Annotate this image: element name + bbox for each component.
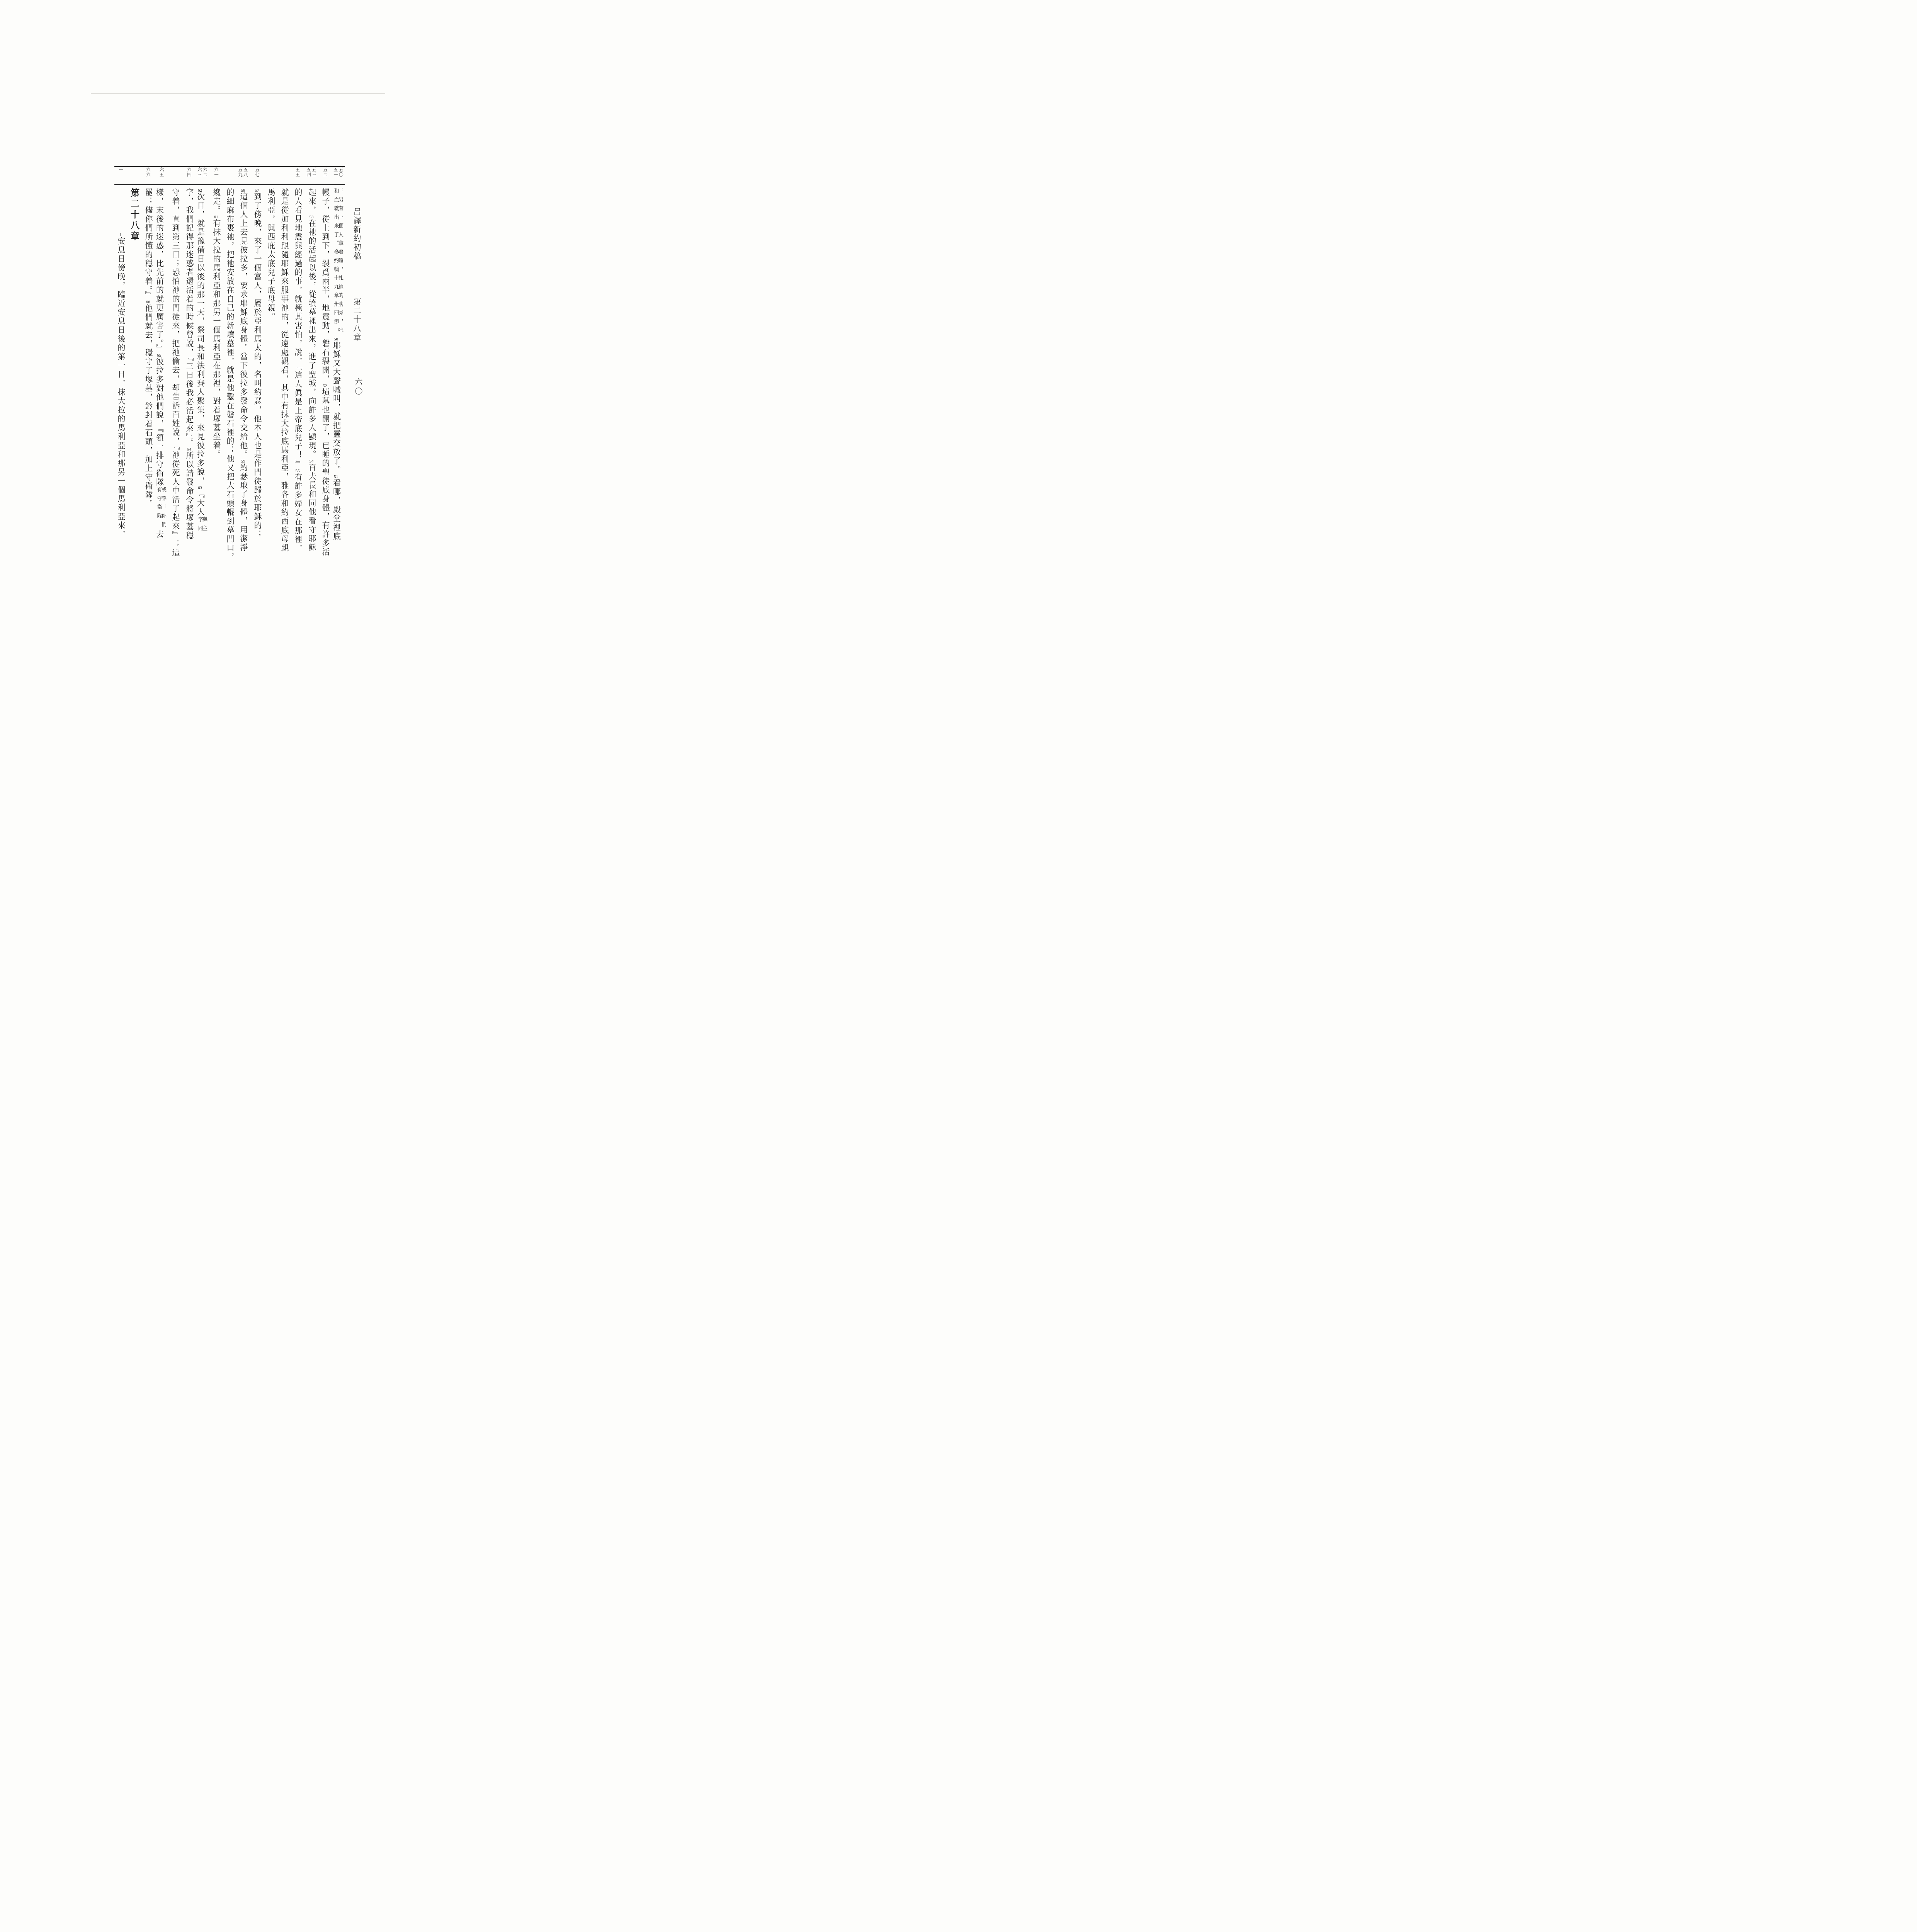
verse-number: 五三 — [311, 167, 316, 184]
text-column-5: 就是從加利利跟隨耶穌來服事祂的，從遠處觀看，其中有抹大拉底馬利亞，雅各和約西底母… — [279, 188, 288, 548]
text-area: ：另有一個人拿着鎗，扎祂的肋旁，水 和血就出來了。參約翰十九章卅四節 。50耶穌… — [0, 188, 479, 551]
verse-number-group: 六四 — [187, 167, 191, 184]
verse-number-group: 六一 — [214, 167, 218, 184]
text-column-14: 樣，末後的迷惑，比先前的就更厲害了。』65彼拉多對他們說，『領一排守衛隊 或譯：… — [157, 188, 166, 548]
verse-number-group: 五三 五四 — [306, 167, 316, 184]
text-column-6: 馬利亞，與西庇太底兒子底母親。 — [266, 188, 275, 548]
note-line-left: 字同 — [198, 517, 202, 534]
text-column-12: 字，我們記得那迷惑者還活着的時候曾說，『三日後我必活起來』。64所以請發命令將塚… — [184, 188, 193, 548]
chapter-heading: 第二十八章 — [130, 188, 139, 548]
interlinear-note: ：另有一個人拿着鎗，扎祂的肋旁，水 和血就出來了。參約翰十九章卅四節 — [334, 188, 343, 328]
verse-number-group: 五〇 五一 — [333, 167, 343, 184]
text-column-1: ：另有一個人拿着鎗，扎祂的肋旁，水 和血就出來了。參約翰十九章卅四節 。50耶穌… — [334, 188, 343, 548]
text-column-8: 58這個人上去見彼拉多，要求耶穌底身體。當下彼拉多發命令交給他。59約瑟取了身體… — [238, 188, 247, 548]
text-column-10: 纔走。61有抹大拉的馬利亞和那另一個馬利亞在那裡，對着塚墓坐着。 — [211, 188, 220, 548]
text-column-4: 的人看見地震與經過的事，就極其害怕，說，『這人眞是上帝底兒子！』55有許多婦女在… — [293, 188, 302, 548]
verse-number-group: 五七 — [255, 167, 259, 184]
verse-number: 五七 — [255, 167, 259, 184]
text-column-3: 起來，53在祂的活起以後，從墳墓裡出來，進了聖城，向許多人顯現。54百夫長和同他… — [307, 188, 316, 548]
text-column-17-verse1: 1安息日傍晚，臨近安息日後的第一日，抹大拉的馬利亞和那另一個馬利亞來， — [116, 188, 125, 592]
column-text-after-note: 去 — [155, 531, 163, 539]
verse-number: 六二 — [202, 167, 207, 184]
verse-number: 五四 — [306, 167, 310, 184]
verse-number: 六一 — [214, 167, 218, 184]
verse-ruler-bottom-rule — [114, 184, 345, 185]
column-text: 62次日，就是豫備日以後的那一天，祭司長和法利賽人聚集，來見彼拉多說，63『大人 — [196, 188, 204, 517]
scanned-page: 五〇 五一 五二 五三 五四 五五 五七 五八 五九 六一 六二 六三 六四 六… — [0, 0, 479, 678]
verse-number-group: 五五 — [295, 167, 299, 184]
column-text: 樣，末後的迷惑，比先前的就更厲害了。』65彼拉多對他們說，『領一排守衛隊 — [155, 188, 163, 487]
verse-number-group: 五二 — [323, 167, 327, 184]
verse-number: 六三 — [197, 167, 201, 184]
text-column-2: 幔子，從上到下，裂爲兩半，地震動，磐石裂開，52墳墓也開了，已睡的聖徒底身體，有… — [320, 188, 329, 548]
verse-number: 六六 — [146, 167, 150, 184]
verse-number-group: 一 — [118, 167, 122, 184]
verse-number: 六四 — [187, 167, 191, 184]
verse-number-group: 六五 — [159, 167, 163, 184]
text-column-13: 守着，直到第三日；恐怕祂的門徒來，把祂偷去，却告訴百姓說，『祂從死人中活了起來』… — [170, 188, 179, 548]
text-column-11: 62次日，就是豫備日以後的那一天，祭司長和法利賽人聚集，來見彼拉多說，63『大人… — [198, 188, 207, 548]
verse-number: 五九 — [238, 167, 242, 184]
verse-number: 五一 — [333, 167, 337, 184]
text-column-7: 57到了傍晚，來了一個富人，屬於亞利馬太的，名叫約瑟，他本人也是作門徒歸於耶穌的… — [252, 188, 261, 548]
verse-number-group: 五八 五九 — [238, 167, 247, 184]
verse-number: 五五 — [295, 167, 299, 184]
verse-number: 五二 — [323, 167, 327, 184]
interlinear-note: 與主 字同 — [198, 517, 207, 534]
verse-number: 六五 — [159, 167, 163, 184]
text-column-15: 罷；儘你們所懂的穩守着。』66他們就去，穩守了塚墓，鈐封着石頭，加上守衛隊。 — [143, 188, 152, 548]
verse-number: 一 — [118, 167, 122, 184]
verse-number: 五〇 — [338, 167, 343, 184]
note-line-left: 和血就出來了。參約翰十九章卅四節 — [334, 188, 338, 328]
verse-number-group: 六二 六三 — [197, 167, 207, 184]
verse-number: 五八 — [243, 167, 247, 184]
interlinear-note: 或譯：你們 有守衛隊 — [157, 487, 166, 531]
page-top-edge-line — [91, 93, 385, 94]
verse-number-group: 六六 — [146, 167, 150, 184]
text-column-9: 的細麻布裹祂，把祂安放在自己的新墳墓裡，就是他鑿在磐石裡的；他又把大石頭輥到墓門… — [225, 188, 234, 548]
column-text: 。50耶穌又大聲喊叫，就把靈交放了。51看哪，殿堂裡底 — [332, 328, 340, 541]
